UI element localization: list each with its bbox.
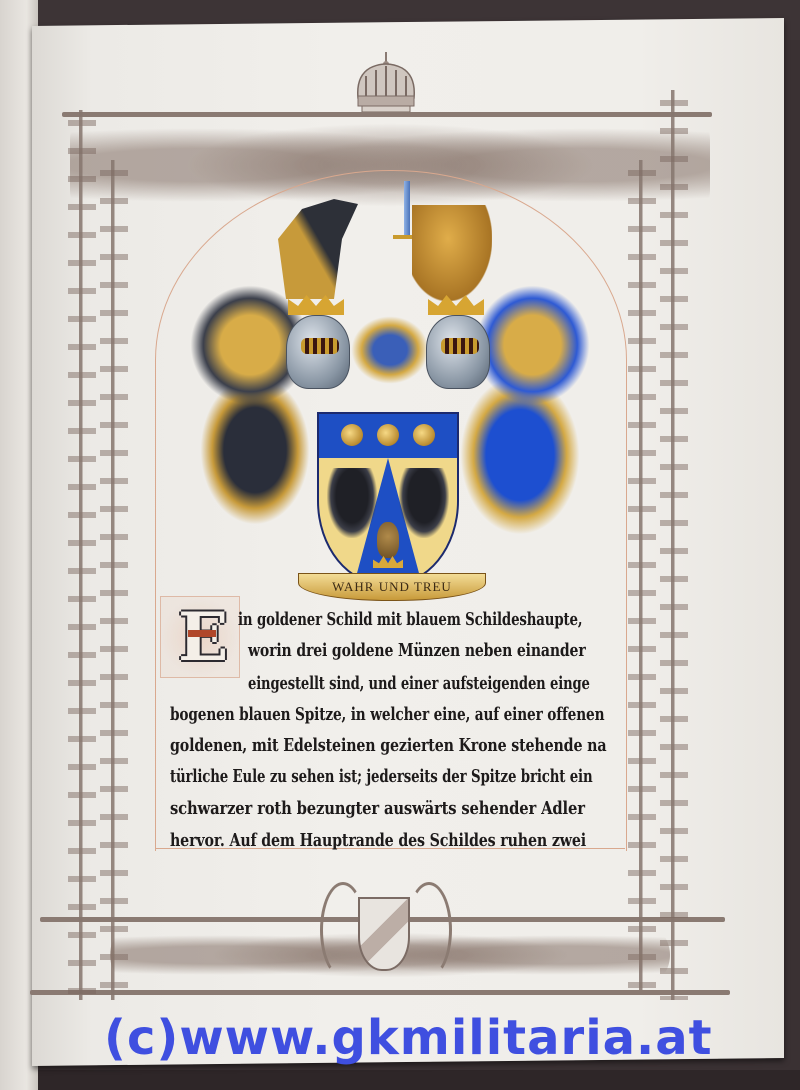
watermark-text: (c)www.gkmilitaria.at bbox=[104, 1008, 704, 1068]
initial-red-bar bbox=[188, 630, 216, 637]
wreath-right bbox=[406, 882, 452, 978]
wreathed-shield-icon bbox=[358, 897, 410, 971]
right-eagle-icon bbox=[399, 468, 449, 538]
motto-text: WAHR UND TREU bbox=[332, 579, 452, 595]
coat-of-arms: WAHR UND TREU bbox=[190, 175, 590, 595]
coin-icon bbox=[413, 424, 435, 446]
shield-chief-blue bbox=[319, 414, 457, 458]
left-vine-border bbox=[68, 110, 96, 1000]
lion-with-sword-icon bbox=[412, 205, 492, 301]
right-inner-vine-border bbox=[628, 160, 656, 990]
body-text-line: eingestellt sind, und einer aufsteigende… bbox=[248, 673, 590, 695]
left-inner-vine-border bbox=[100, 160, 128, 1000]
left-helmet-icon bbox=[286, 315, 350, 389]
body-text-line: hervor. Auf dem Hauptrande des Schildes … bbox=[170, 830, 586, 852]
body-text-line: schwarzer roth bezungter auswärts sehend… bbox=[170, 798, 585, 820]
coin-icon bbox=[341, 424, 363, 446]
right-vine-border bbox=[660, 90, 688, 1000]
body-text-line: worin drei goldene Münzen neben einander bbox=[248, 640, 586, 662]
left-helmet-grille bbox=[301, 338, 339, 354]
wing-crest-icon bbox=[278, 199, 358, 299]
mantling-center bbox=[350, 315, 430, 385]
coin-icon bbox=[377, 424, 399, 446]
body-text-line: in goldener Schild mit blauem Schildesha… bbox=[238, 609, 582, 631]
owl-icon bbox=[377, 522, 399, 558]
sword-icon bbox=[404, 181, 410, 239]
body-text-line: bogenen blauen Spitze, in welcher eine, … bbox=[170, 704, 604, 726]
coat-of-arms-shield-icon bbox=[317, 412, 459, 586]
left-eagle-icon bbox=[327, 468, 377, 538]
body-text-line: goldenen, mit Edelsteinen gezierten Kron… bbox=[170, 735, 606, 757]
mantling-right-gold bbox=[475, 285, 590, 405]
right-helmet-grille bbox=[441, 338, 479, 354]
body-text-line: türliche Eule zu sehen ist; jederseits d… bbox=[170, 766, 593, 788]
illuminated-initial: E bbox=[178, 598, 226, 676]
page-content: WAHR UND TREU E in goldener Schild mit b… bbox=[0, 0, 800, 1090]
right-helmet-icon bbox=[426, 315, 490, 389]
frame-bottom-rail-lower bbox=[30, 990, 730, 995]
